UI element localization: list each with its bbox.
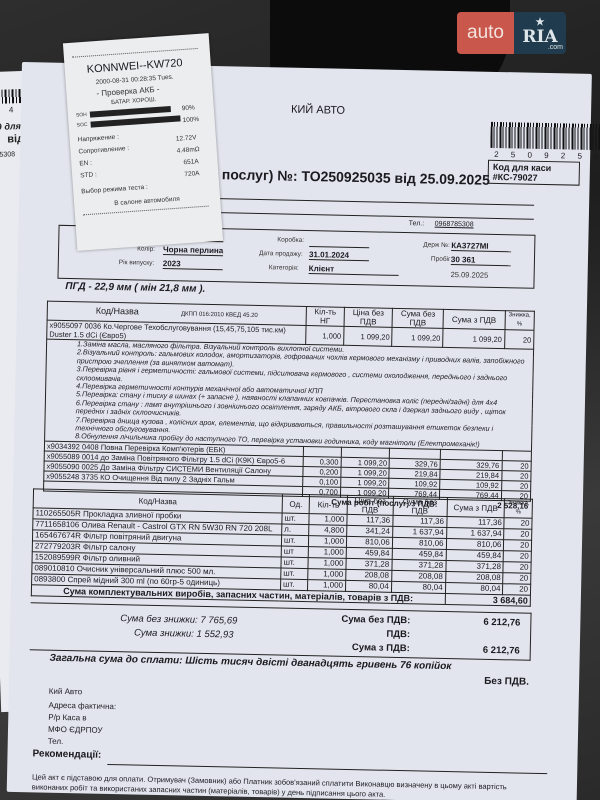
company-name: КИЙ АВТО (291, 104, 345, 117)
en-label: EN : (79, 160, 92, 168)
document-barcode (490, 122, 600, 150)
table-cell: 20 (503, 584, 531, 596)
table-cell: 1 099,20 (443, 328, 505, 348)
voltage-value: 12.72V (176, 134, 197, 142)
soc-label: SOC (76, 122, 87, 129)
col-header: Знижка, % (504, 499, 532, 519)
sale-date-label: Дата продажу: (259, 250, 303, 258)
resistance-value: 4.48mΩ (176, 146, 199, 155)
plate-value: КА3727МІ (451, 241, 511, 252)
table-cell: 20 (502, 461, 532, 472)
receipt-title: KONNWEI--KW720 (86, 57, 183, 76)
parts-total-value: 3 684,60 (445, 593, 531, 606)
soc-bar (90, 115, 180, 127)
table-cell: 20 (504, 330, 534, 350)
discount-sum: Сума знижки: 1 552,93 (134, 627, 234, 640)
table-cell: 1,000 (308, 569, 346, 581)
service-date: 25.09.2025 (451, 270, 489, 280)
table-cell: 1 099,20 (343, 326, 392, 346)
col-header: Од. (282, 494, 310, 514)
year-value: 2023 (163, 259, 223, 270)
voltage-label: Напряжение : (77, 134, 119, 144)
table-cell: 1,000 (306, 326, 344, 346)
resistance-label: Сопротивление : (78, 145, 129, 156)
table-cell: 1,000 (308, 558, 346, 570)
logo-auto-text: auto (457, 12, 514, 54)
battery-test-receipt: KONNWEI--KW720 2000-08-31 00:28:35 Tues.… (63, 33, 223, 251)
part-unit: шт. (281, 535, 309, 547)
color-value: Чорна перлина (163, 245, 223, 256)
soc-value: 100% (182, 116, 199, 124)
star-icon: ★ (536, 19, 545, 27)
std-value: 720A (184, 170, 200, 178)
table-cell: 20 (501, 481, 531, 492)
col-header: Сума з ПДВ (443, 309, 505, 329)
part-unit: шт. (280, 579, 308, 591)
with-vat-value: 6 212,76 (450, 644, 520, 656)
gearbox-label: Коробка: (277, 236, 304, 244)
dotted-separator (83, 206, 209, 216)
soh-value: 90% (182, 104, 195, 112)
part-unit: л. (282, 524, 310, 536)
receipt-test-name: - Проверка АКБ - (96, 85, 160, 98)
logo-com-text: .com (548, 44, 563, 51)
soh-label: SOH (76, 112, 87, 119)
footer-address: Адреса фактична: (48, 701, 116, 711)
table-cell: 1 099,20 (392, 327, 443, 347)
summary-box: Сума без знижки: 7 765,69 Сума знижки: 1… (30, 602, 532, 660)
table-cell: 20 (504, 540, 532, 552)
recommendations-line (107, 764, 547, 774)
footer-account: Р/р Каса в (48, 713, 86, 723)
sale-date-value: 31.01.2024 (309, 250, 369, 261)
without-vat-label: Сума без ПДВ: (330, 614, 410, 627)
phone-label: Тел.: (409, 220, 425, 227)
footer-company: Кий Авто (49, 687, 82, 697)
table-cell: 20 (504, 551, 532, 563)
gap-note: ПГД - 22,9 мм ( мін 21,8 мм ). (65, 281, 205, 295)
part-unit: шт. (281, 557, 309, 569)
receipt-verdict: БАТАР. ХОРОШ. (111, 97, 156, 106)
category-label: Категорія: (269, 264, 299, 272)
works-table: Код/Назва ДКПП 016:2010 КВЕД 45.20 Кіл-т… (43, 301, 535, 511)
logo-ria-block: ★ RIA .com (514, 12, 566, 54)
year-label: Рік випуску: (119, 259, 155, 267)
table-cell: 1,000 (309, 547, 347, 559)
parts-table: Код/Назва Од. Кіл-ть Ціна без ПДВ Сума б… (31, 488, 533, 606)
table-cell: 20 (504, 529, 532, 541)
mode-label: Выбор режима теста : (81, 184, 148, 196)
col-header: Кіл-ть (309, 495, 347, 515)
std-label: STD : (80, 171, 97, 179)
table-cell: 20 (501, 471, 531, 482)
category-value: Клієнт (309, 264, 399, 276)
footer-mfo: МФО ЄДРПОУ (48, 725, 103, 735)
part-unit: шт. (281, 568, 309, 580)
mileage-value: 30 361 (451, 255, 511, 266)
table-cell: 1,000 (309, 536, 347, 548)
sum-without-discount: Сума без знижки: 7 765,69 (120, 613, 237, 626)
plate-label: Держ №: (423, 241, 450, 249)
table-cell (502, 451, 532, 462)
without-vat-value: 6 212,76 (450, 616, 520, 628)
cash-code: Код для каси #КС-79027 (488, 160, 580, 186)
gearbox-value (309, 237, 369, 248)
with-vat-label: Сума з ПДВ: (330, 642, 410, 655)
table-cell: 1,000 (309, 514, 347, 526)
vat-label: ПДВ: (330, 628, 410, 641)
part-unit: шт. (282, 513, 310, 525)
mode-value: В салоне автомобиля (114, 196, 180, 208)
prev-phone: 785308 (0, 151, 15, 159)
col-header: Сума без ПДВ (392, 308, 443, 328)
table-cell: 1,000 (308, 580, 346, 592)
col-header: Ціна без ПДВ (344, 307, 393, 327)
autoria-logo[interactable]: auto ★ RIA .com (457, 12, 566, 54)
col-header: Знижка, % (505, 311, 535, 331)
footer-phone: Тел. (48, 737, 64, 746)
en-value: 651A (183, 158, 199, 166)
table-cell: 20 (504, 518, 532, 530)
recommendations-label: Рекомендації: (32, 748, 101, 760)
col-header: Сума без ПДВ (393, 496, 447, 516)
phone-value: 0968785308 (435, 221, 474, 229)
col-header: Ціна без ПДВ (347, 495, 393, 515)
col-header: Сума з ПДВ (447, 497, 505, 517)
mileage-label: Пробіг: (431, 256, 452, 263)
col-header: Кіл-ть НГ (306, 307, 344, 327)
table-cell: 20 (503, 562, 531, 574)
table-cell: 20 (503, 573, 531, 585)
part-unit: шт (281, 546, 309, 558)
color-label: Колір: (137, 245, 155, 252)
receipt-datetime: 2000-08-31 00:28:35 Tues. (96, 74, 174, 86)
table-cell: 4,800 (309, 525, 347, 537)
no-vat-note: Без ПДВ. (484, 676, 529, 688)
